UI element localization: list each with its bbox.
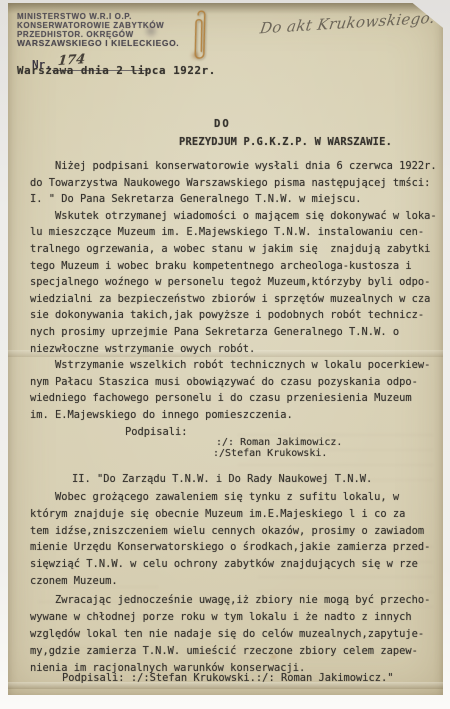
- text-line: my,gdzie zamierza T.N.W. umieścić rzeczo…: [30, 643, 430, 660]
- text-line: Wstrzymanie wszelkich robót technicznych…: [30, 357, 437, 374]
- text-line: którym znajduje się obecnie Muzeum im.E.…: [30, 506, 430, 523]
- text-line: nym Pałacu Staszica musi obowiązywać do …: [30, 374, 437, 391]
- dateline: Warszawa dnia 2 lipca 1922r.: [17, 64, 216, 77]
- signatures-label: Podpisali:: [125, 426, 188, 438]
- text-line: wiedniego fachowego personelu i do czasu…: [30, 390, 437, 407]
- text-line: I. " Do Pana Sekretarza Generalnego T.N.…: [30, 191, 437, 208]
- office-stamp: MINISTERSTWO W.R.I O.P.KONSERWATOROWIE Z…: [17, 12, 179, 48]
- text-line: nych prosimy uprzejmie Pana Sekretarza G…: [30, 324, 437, 341]
- section-2-heading: II. "Do Zarządu T.N.W. i Do Rady Naukowe…: [72, 473, 372, 485]
- text-line: względów lokal ten nie nadaje się do cel…: [30, 626, 430, 643]
- text-line: wiedzialni za bezpieczeństwo zbiorów i s…: [30, 291, 437, 308]
- signature-jakimowicz: :/: Roman Jakimowicz.: [216, 437, 342, 448]
- text-line: KONSERWATOROWIE ZABYTKÓW: [17, 21, 179, 30]
- text-line: Niżej podpisani konserwatorowie wysłali …: [30, 158, 437, 175]
- closing-signatures-line: Podpisali: :/:Stefan Krukowski.:/: Roman…: [62, 672, 394, 684]
- text-line: WARSZAWSKIEGO I KIELECKIEGO.: [17, 39, 179, 48]
- text-line: Zwracając jednocześnie uwagę,iż zbiory n…: [30, 592, 430, 609]
- scanned-page: MINISTERSTWO W.R.I O.P.KONSERWATOROWIE Z…: [0, 0, 450, 709]
- signature-krukowski: :/Stefan Krukowski.: [213, 448, 327, 459]
- heading-recipient: PREZYDJUM P.G.K.Z.P. W WARSZAWIE.: [179, 136, 392, 148]
- text-line: tem idźse,zniszczeniem wielu cennych oka…: [30, 523, 430, 540]
- body-text-part-2: Wobec grożącego zawaleniem się tynku z s…: [30, 489, 430, 590]
- text-line: lu mieszczące Muzeum im. E.Majewskiego T…: [30, 224, 437, 241]
- body-text-part-3: Zwracając jednocześnie uwagę,iż zbiory n…: [30, 592, 430, 677]
- text-line: niezwłoczne wstrzymanie owych robót.: [30, 341, 437, 358]
- text-line: wywane w chłodnej porze roku w tym lokal…: [30, 609, 430, 626]
- text-line: tego Muzeum i wobec braku kompetentnego …: [30, 258, 437, 275]
- text-line: im. E.Majewskiego do innego pomieszczeni…: [30, 407, 437, 424]
- heading-to: DO: [214, 118, 231, 130]
- text-line: sie dokonywania takich,jak powyższe i po…: [30, 307, 437, 324]
- text-line: do Towarzystwa Naukowego Warszawskiego p…: [30, 175, 437, 192]
- text-line: mienie Urzędu Konserwatorskiego o środka…: [30, 539, 430, 556]
- text-line: sięwziąć T.N.W. w celu ochrony zabytków …: [30, 556, 430, 573]
- text-line: tralnego ogrzewania, a wobec stanu w jak…: [30, 241, 437, 258]
- text-line: specjalnego woźnego w personelu tegoż Mu…: [30, 274, 437, 291]
- text-line: czonem Muzeum.: [30, 573, 430, 590]
- text-line: Wobec grożącego zawaleniem się tynku z s…: [30, 489, 430, 506]
- text-line: MINISTERSTWO W.R.I O.P.: [17, 12, 179, 21]
- document-paper: MINISTERSTWO W.R.I O.P.KONSERWATOROWIE Z…: [8, 3, 443, 695]
- body-text-part-1: Niżej podpisani konserwatorowie wysłali …: [30, 158, 437, 424]
- text-line: Wskutek otrzymanej wiadomości o mającem …: [30, 208, 437, 225]
